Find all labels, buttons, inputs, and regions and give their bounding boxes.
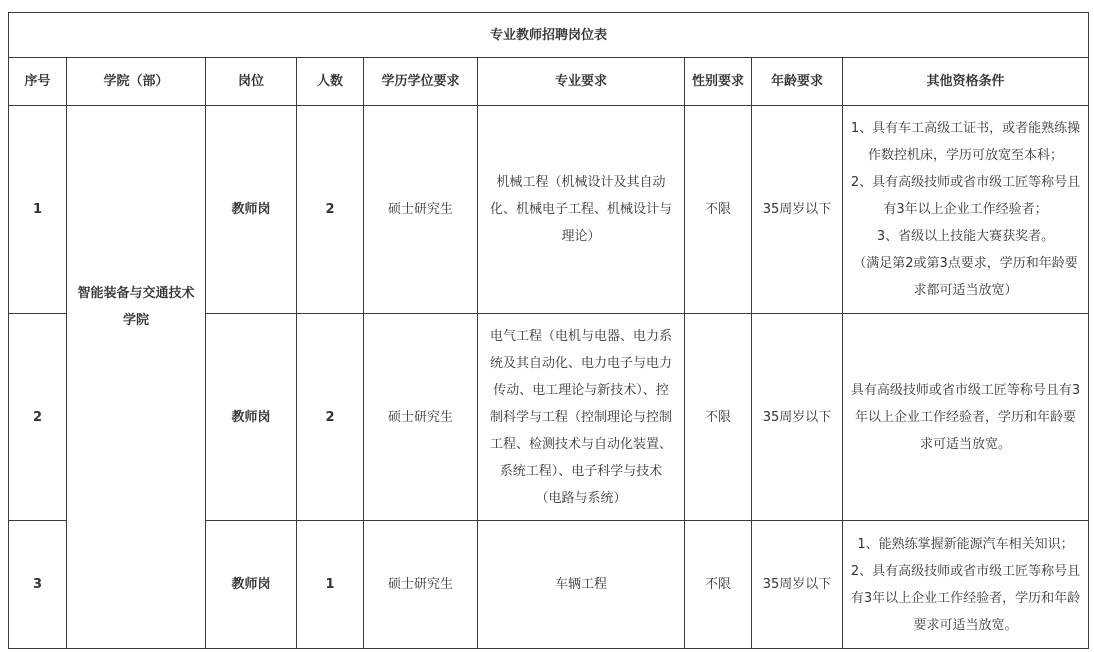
other-line: （满足第2或第3点要求，学历和年龄要求都可适当放宽） bbox=[849, 250, 1082, 304]
cell-position: 教师岗 bbox=[206, 314, 297, 521]
cell-degree: 硕士研究生 bbox=[364, 521, 478, 649]
header-index: 序号 bbox=[9, 58, 67, 106]
other-line: 2、具有高级技师或省市级工匠等称号且有3年以上企业工作经验者； bbox=[849, 169, 1082, 223]
header-age: 年龄要求 bbox=[752, 58, 843, 106]
header-count: 人数 bbox=[297, 58, 364, 106]
table-title: 专业教师招聘岗位表 bbox=[9, 13, 1089, 58]
header-other: 其他资格条件 bbox=[843, 58, 1089, 106]
cell-age: 35周岁以下 bbox=[752, 106, 843, 314]
recruitment-table: 专业教师招聘岗位表 序号 学院（部） 岗位 人数 学历学位要求 专业要求 性别要… bbox=[8, 12, 1089, 649]
cell-other: 1、能熟练掌握新能源汽车相关知识； 2、具有高级技师或省市级工匠等称号且有3年以… bbox=[843, 521, 1089, 649]
cell-college: 智能装备与交通技术学院 bbox=[67, 106, 206, 649]
other-line: 具有高级技师或省市级工匠等称号且有3年以上企业工作经验者，学历和年龄要求可适当放… bbox=[849, 377, 1082, 458]
header-major: 专业要求 bbox=[478, 58, 685, 106]
cell-count: 2 bbox=[297, 106, 364, 314]
header-gender: 性别要求 bbox=[685, 58, 752, 106]
cell-gender: 不限 bbox=[685, 314, 752, 521]
header-position: 岗位 bbox=[206, 58, 297, 106]
cell-other: 1、具有车工高级工证书，或者能熟练操作数控机床，学历可放宽至本科； 2、具有高级… bbox=[843, 106, 1089, 314]
cell-count: 1 bbox=[297, 521, 364, 649]
cell-index: 1 bbox=[9, 106, 67, 314]
other-line: 2、具有高级技师或省市级工匠等称号且有3年以上企业工作经验者，学历和年龄要求可适… bbox=[849, 558, 1082, 639]
cell-age: 35周岁以下 bbox=[752, 314, 843, 521]
header-college: 学院（部） bbox=[67, 58, 206, 106]
cell-position: 教师岗 bbox=[206, 106, 297, 314]
cell-other: 具有高级技师或省市级工匠等称号且有3年以上企业工作经验者，学历和年龄要求可适当放… bbox=[843, 314, 1089, 521]
other-line: 1、能熟练掌握新能源汽车相关知识； bbox=[849, 531, 1082, 558]
cell-age: 35周岁以下 bbox=[752, 521, 843, 649]
cell-degree: 硕士研究生 bbox=[364, 314, 478, 521]
other-line: 3、省级以上技能大赛获奖者。 bbox=[849, 223, 1082, 250]
cell-index: 3 bbox=[9, 521, 67, 649]
other-line: 1、具有车工高级工证书，或者能熟练操作数控机床，学历可放宽至本科； bbox=[849, 115, 1082, 169]
table-row: 1 智能装备与交通技术学院 教师岗 2 硕士研究生 机械工程（机械设计及其自动化… bbox=[9, 106, 1089, 314]
cell-index: 2 bbox=[9, 314, 67, 521]
header-degree: 学历学位要求 bbox=[364, 58, 478, 106]
cell-major: 机械工程（机械设计及其自动化、机械电子工程、机械设计与理论） bbox=[478, 106, 685, 314]
header-row: 序号 学院（部） 岗位 人数 学历学位要求 专业要求 性别要求 年龄要求 其他资… bbox=[9, 58, 1089, 106]
cell-gender: 不限 bbox=[685, 521, 752, 649]
cell-major: 车辆工程 bbox=[478, 521, 685, 649]
cell-gender: 不限 bbox=[685, 106, 752, 314]
cell-degree: 硕士研究生 bbox=[364, 106, 478, 314]
cell-count: 2 bbox=[297, 314, 364, 521]
cell-major: 电气工程（电机与电器、电力系统及其自动化、电力电子与电力传动、电工理论与新技术）… bbox=[478, 314, 685, 521]
college-name: 智能装备与交通技术学院 bbox=[77, 286, 194, 328]
cell-position: 教师岗 bbox=[206, 521, 297, 649]
